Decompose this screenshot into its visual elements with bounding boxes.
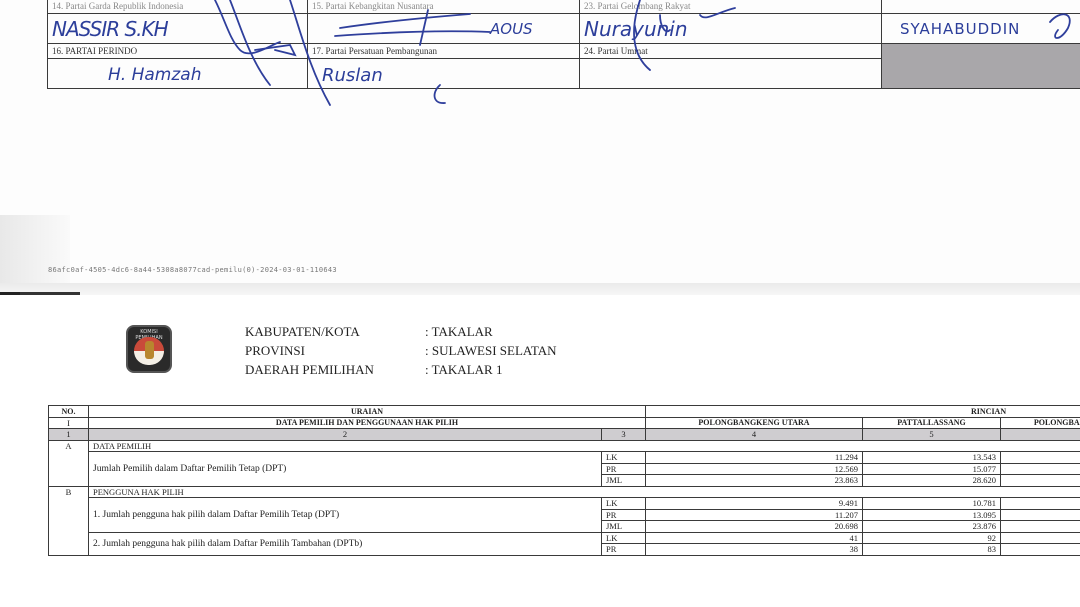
section-title: DATA PEMILIH DAN PENGGUNAAN HAK PILIH (89, 417, 646, 429)
section-title: PENGGUNA HAK PILIH (89, 486, 1080, 498)
section-number: I (49, 417, 89, 429)
district-header: PATTALLASSANG (863, 417, 1001, 429)
page-edge-shadow (0, 215, 70, 285)
vote-result-table: NO.URAIANRINCIANIDATA PEMILIH DAN PENGGU… (48, 405, 1080, 556)
party-label-cell: 23. Partai Gelombang Rakyat (580, 0, 882, 14)
party-label: 15. Partai Kebangkitan Nusantara (308, 0, 579, 13)
gender-type: LK (602, 498, 646, 510)
gender-type: PR (602, 463, 646, 475)
meta-key: PROVINSI (245, 343, 425, 359)
vote-value: 13.543 (863, 452, 1001, 464)
meta-value: : SULAWESI SELATAN (425, 343, 557, 358)
garuda-icon (145, 341, 154, 359)
handwritten-signature: Ruslan (322, 65, 383, 86)
section-header-row: IDATA PEMILIH DAN PENGGUNAAN HAK PILIHPO… (49, 417, 1080, 429)
handwritten-signature: SYAHABUDDIN (900, 20, 1020, 38)
signature-cell: Ruslan (308, 59, 580, 89)
party-label: 14. Partai Garda Republik Indonesia (48, 0, 307, 13)
vote-value: 23.863 (646, 475, 863, 487)
column-index: 1 (49, 429, 89, 441)
index-row: 12345 (49, 429, 1080, 441)
vote-value (1001, 544, 1080, 556)
meta-provinsi: PROVINSI: SULAWESI SELATAN (245, 343, 557, 359)
col-rincian-header: RINCIAN (646, 406, 1080, 418)
district-header: POLONGBANGKENG UTARA (646, 417, 863, 429)
vote-value (1001, 452, 1080, 464)
vote-value (1001, 475, 1080, 487)
blank-grey-cell (882, 44, 1080, 89)
meta-key: KABUPATEN/KOTA (245, 324, 425, 340)
result-page: KOMISI PEMILIHAN UMUM KABUPATEN/KOTA: TA… (0, 295, 1080, 607)
party-label: 17. Partai Persatuan Pembangunan (308, 44, 579, 58)
signature-cell: Nurayunin (580, 14, 882, 44)
data-row: Jumlah Pemilih dalam Daftar Pemilih Teta… (49, 452, 1080, 464)
vote-value: 20.698 (646, 521, 863, 533)
vote-value: 10.781 (863, 498, 1001, 510)
vote-value: 83 (863, 544, 1001, 556)
column-index: 3 (602, 429, 646, 441)
col-uraian-header: URAIAN (89, 406, 646, 418)
gender-type: JML (602, 475, 646, 487)
party-label: 24. Partai Ummat (580, 44, 881, 58)
party-label (882, 0, 1080, 3)
vote-value: 13.095 (863, 509, 1001, 521)
section-letter: B (49, 486, 89, 555)
vote-value: 11.207 (646, 509, 863, 521)
vote-value (1001, 463, 1080, 475)
vote-value: 15.077 (863, 463, 1001, 475)
column-index (1001, 429, 1080, 441)
vote-value: 28.620 (863, 475, 1001, 487)
document-id: 86afc0af-4505-4dc6-8a44-5308a8077cad-pem… (48, 266, 337, 274)
vote-value: 92 (863, 532, 1001, 544)
signature-page: 14. Partai Garda Republik Indonesia 15. … (0, 0, 1080, 285)
col-no-header: NO. (49, 406, 89, 418)
column-index: 2 (89, 429, 602, 441)
vote-value (1001, 532, 1080, 544)
item-description: 2. Jumlah pengguna hak pilih dalam Dafta… (89, 532, 602, 555)
kpu-logo: KOMISI PEMILIHAN UMUM (126, 325, 172, 373)
handwritten-signature: Nurayunin (584, 17, 688, 41)
party-label-cell: 16. PARTAI PERINDO (48, 44, 308, 59)
meta-kabupaten: KABUPATEN/KOTA: TAKALAR (245, 324, 493, 340)
district-header: POLONGBANGKENG (1001, 417, 1080, 429)
gender-type: PR (602, 509, 646, 521)
data-row: 2. Jumlah pengguna hak pilih dalam Dafta… (49, 532, 1080, 544)
gender-type: LK (602, 532, 646, 544)
vote-value: 23.876 (863, 521, 1001, 533)
meta-value: : TAKALAR 1 (425, 362, 502, 377)
party-label-cell: 14. Partai Garda Republik Indonesia (48, 0, 308, 14)
column-index: 5 (863, 429, 1001, 441)
section-row: ADATA PEMILIH (49, 440, 1080, 452)
item-description: 1. Jumlah pengguna hak pilih dalam Dafta… (89, 498, 602, 533)
vote-value: 12.569 (646, 463, 863, 475)
vote-value (1001, 521, 1080, 533)
section-row: BPENGGUNA HAK PILIH (49, 486, 1080, 498)
signature-cell: H. Hamzah (48, 59, 308, 89)
column-index: 4 (646, 429, 863, 441)
meta-value: : TAKALAR (425, 324, 493, 339)
party-label: 23. Partai Gelombang Rakyat (580, 0, 881, 13)
handwritten-signature: H. Hamzah (108, 65, 201, 85)
party-label-cell: 24. Partai Ummat (580, 44, 882, 59)
section-title: DATA PEMILIH (89, 440, 1080, 452)
vote-value: 11.294 (646, 452, 863, 464)
section-letter: A (49, 440, 89, 486)
data-row: 1. Jumlah pengguna hak pilih dalam Dafta… (49, 498, 1080, 510)
signature-cell: SYAHABUDDIN (882, 14, 1080, 44)
item-description: Jumlah Pemilih dalam Daftar Pemilih Teta… (89, 452, 602, 487)
vote-value: 41 (646, 532, 863, 544)
signature-table: 14. Partai Garda Republik Indonesia 15. … (47, 0, 1080, 89)
gender-type: PR (602, 544, 646, 556)
vote-value (1001, 498, 1080, 510)
signature-cell: AOUS (308, 14, 580, 44)
handwritten-signature: NASSIR S.KH (52, 17, 168, 41)
handwritten-signature: AOUS (490, 20, 533, 38)
party-label-cell: 15. Partai Kebangkitan Nusantara (308, 0, 580, 14)
party-label-cell (882, 0, 1080, 14)
page-separator (0, 283, 1080, 295)
gender-type: JML (602, 521, 646, 533)
signature-cell: NASSIR S.KH (48, 14, 308, 44)
vote-value (1001, 509, 1080, 521)
party-label-cell: 17. Partai Persatuan Pembangunan (308, 44, 580, 59)
vote-value: 38 (646, 544, 863, 556)
header-row: NO.URAIANRINCIAN (49, 406, 1080, 418)
meta-key: DAERAH PEMILIHAN (245, 362, 425, 378)
signature-cell (580, 59, 882, 89)
party-label: 16. PARTAI PERINDO (48, 44, 307, 58)
gender-type: LK (602, 452, 646, 464)
vote-value: 9.491 (646, 498, 863, 510)
meta-dapil: DAERAH PEMILIHAN: TAKALAR 1 (245, 362, 502, 378)
